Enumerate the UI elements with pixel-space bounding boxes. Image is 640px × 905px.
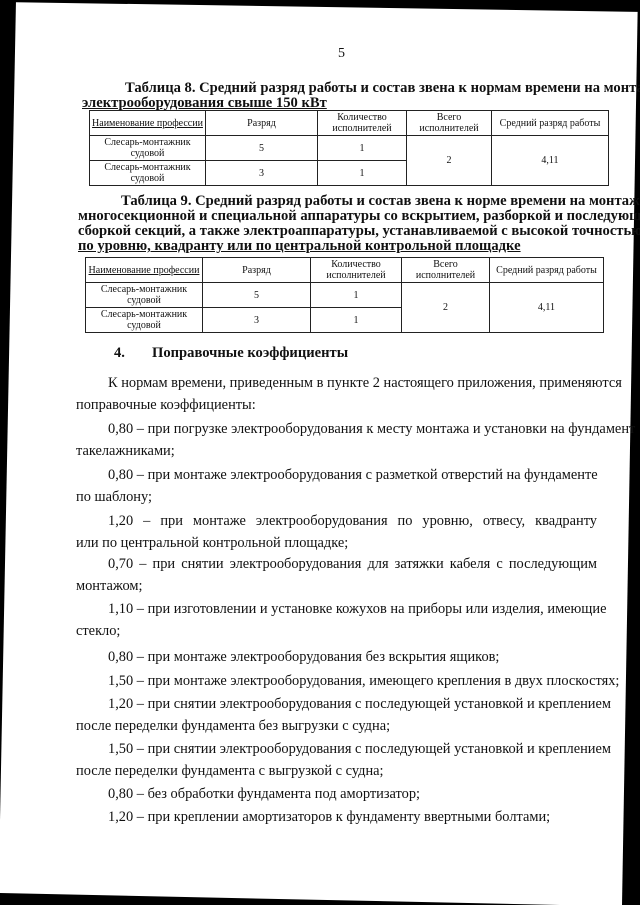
coefficient-item: 1,50 – при снятии электрооборудования с … (76, 738, 597, 782)
table-8: Наименование профессии Разряд Количество… (89, 110, 609, 186)
table-8-caption: Таблица 8. Средний разряд работы и соста… (82, 81, 604, 111)
table-8-header-total: Всего исполнителей (407, 111, 492, 136)
table-9-caption-line-1: Таблица 9. Средний разряд работы и соста… (78, 194, 604, 209)
table-8-caption-line-1: Таблица 8. Средний разряд работы и соста… (82, 81, 604, 96)
coefficient-item: 1,20 – при снятии электрооборудования с … (76, 693, 597, 737)
coefficient-item: 0,80 – при монтаже электрооборудования б… (76, 646, 597, 668)
table-9-cell-grade: 5 (203, 283, 311, 308)
table-8-header-name: Наименование профессии (90, 111, 206, 136)
table-9-caption-line-4: по уровню, квадранту или по центральной … (78, 239, 604, 254)
scan-edge-top (0, 0, 640, 14)
coefficient-item: 1,10 – при изготовлении и установке кожу… (76, 598, 597, 642)
table-9-header-avg: Средний разряд работы (490, 258, 604, 283)
scan-edge-right (622, 0, 640, 905)
table-9-header-grade: Разряд (203, 258, 311, 283)
table-9-cell-name: Слесарь-монтажник судовой (86, 283, 203, 308)
table-row: Слесарь-монтажник судовой 5 1 2 4,11 (86, 283, 604, 308)
table-8-cell-avg: 4,11 (492, 136, 609, 186)
table-8-cell-count: 1 (318, 161, 407, 186)
scan-edge-bottom (0, 893, 560, 905)
table-9-cell-count: 1 (311, 283, 402, 308)
table-8-cell-total: 2 (407, 136, 492, 186)
coefficient-item: 0,70 – при снятии электрооборудования дл… (76, 553, 597, 597)
table-9-caption: Таблица 9. Средний разряд работы и соста… (78, 194, 604, 254)
coefficient-item: 1,50 – при монтаже электрооборудования, … (76, 670, 597, 692)
coefficient-item: 0,80 – при монтаже электрооборудования с… (76, 464, 597, 508)
table-9-caption-line-3: сборкой секций, а также электроаппаратур… (78, 224, 604, 239)
table-9-cell-avg: 4,11 (490, 283, 604, 333)
coefficient-item: 0,80 – без обработки фундамента под амор… (76, 783, 597, 805)
table-8-caption-line-2: электрооборудования свыше 150 кВт (82, 96, 604, 111)
table-9: Наименование профессии Разряд Количество… (85, 257, 604, 333)
table-8-cell-name: Слесарь-монтажник судовой (90, 136, 206, 161)
table-9-header-name: Наименование профессии (86, 258, 203, 283)
table-9-header-count: Количество исполнителей (311, 258, 402, 283)
document-page: 5 Таблица 8. Средний разряд работы и сос… (0, 0, 640, 905)
table-8-cell-count: 1 (318, 136, 407, 161)
table-8-cell-grade: 5 (206, 136, 318, 161)
table-8-cell-grade: 3 (206, 161, 318, 186)
page-number: 5 (338, 46, 345, 62)
table-8-header-row: Наименование профессии Разряд Количество… (90, 111, 609, 136)
scan-edge-left (0, 0, 16, 820)
table-9-header-total: Всего исполнителей (402, 258, 490, 283)
table-row: Слесарь-монтажник судовой 5 1 2 4,11 (90, 136, 609, 161)
section-number: 4. (114, 345, 152, 362)
table-8-header-avg: Средний разряд работы (492, 111, 609, 136)
table-8-header-count: Количество исполнителей (318, 111, 407, 136)
section-title: Поправочные коэффициенты (152, 345, 348, 361)
table-9-cell-count: 1 (311, 308, 402, 333)
table-8-header-grade: Разряд (206, 111, 318, 136)
coefficient-item: 1,20 – при монтаже электрооборудования п… (76, 510, 597, 554)
section-4-heading: 4.Поправочные коэффициенты (114, 345, 348, 362)
table-9-cell-grade: 3 (203, 308, 311, 333)
coefficient-item: 0,80 – при погрузке электрооборудования … (76, 418, 597, 462)
table-8-cell-name: Слесарь-монтажник судовой (90, 161, 206, 186)
table-9-cell-name: Слесарь-монтажник судовой (86, 308, 203, 333)
table-9-caption-line-2: многосекционной и специальной аппаратуры… (78, 209, 604, 224)
table-9-header-row: Наименование профессии Разряд Количество… (86, 258, 604, 283)
table-9-cell-total: 2 (402, 283, 490, 333)
coefficient-item: 1,20 – при креплении амортизаторов к фун… (76, 806, 597, 828)
intro-paragraph: К нормам времени, приведенным в пункте 2… (76, 372, 597, 416)
